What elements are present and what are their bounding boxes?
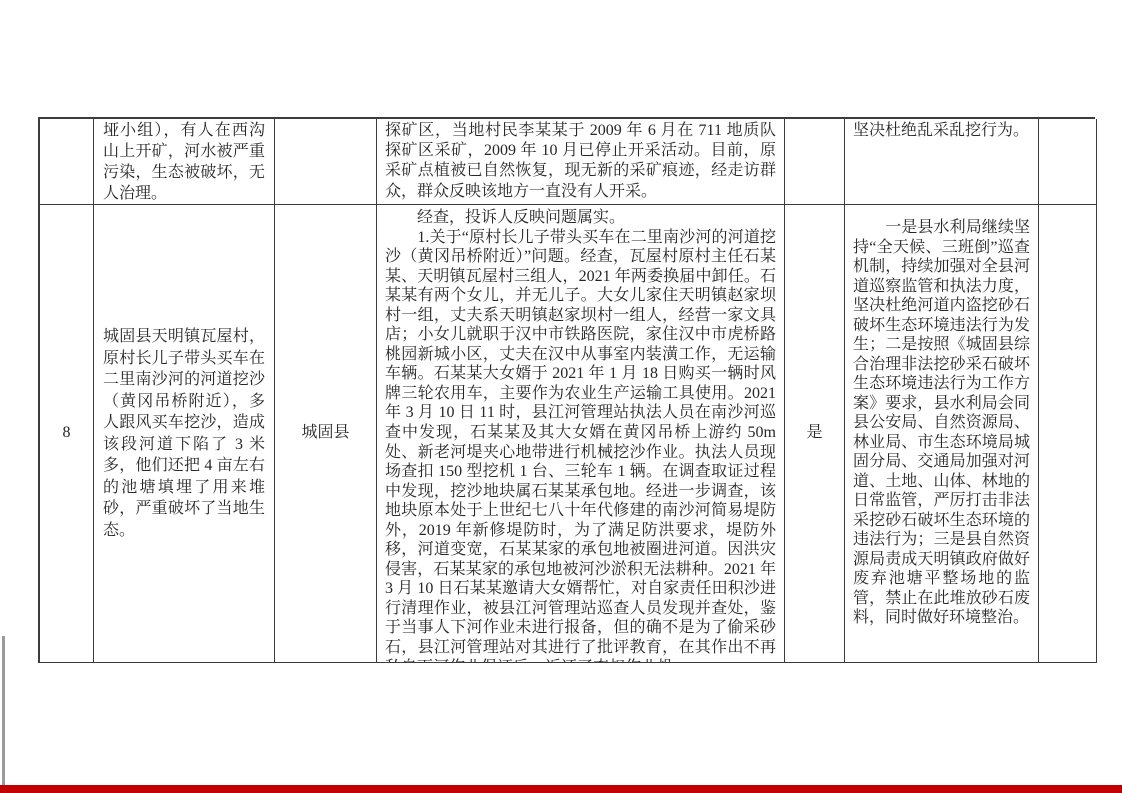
cell-no-row1 <box>40 119 94 205</box>
cell-complaint-row2: 城固县天明镇瓦屋村，原村长儿子带头买车在二里南沙河的河道挖沙（黄冈吊桥附近），多… <box>94 205 275 663</box>
cell-no-row2: 8 <box>40 205 94 663</box>
cell-complaint-row1: 垭小组），有人在西沟山上开矿，河水被严重污染，生态被破坏，无人治理。 <box>94 119 275 205</box>
cell-remark-row2 <box>1039 205 1097 663</box>
complaint-text: 城固县天明镇瓦屋村，原村长儿子带头买车在二里南沙河的河道挖沙（黄冈吊桥附近），多… <box>94 326 274 541</box>
cell-verified-row1 <box>785 119 845 205</box>
cell-verified-row2: 是 <box>785 205 845 663</box>
page-edge-scan-line <box>2 636 5 793</box>
cell-remark-row1 <box>1039 119 1097 205</box>
cell-measures-row2: 一是县水利局继续坚持“全天候、三班倒”巡查机制，持续加强对全县河道巡察监管和执法… <box>845 205 1039 663</box>
footer-red-bar <box>0 785 1122 793</box>
cell-county-row1 <box>275 119 377 205</box>
cell-measures-row1: 坚决杜绝乱采乱挖行为。 <box>845 119 1039 205</box>
cell-county-row2: 城固县 <box>275 205 377 663</box>
cell-investigation-row1: 探矿区，当地村民李某某于 2009 年 6 月在 711 地质队探矿区采矿，20… <box>377 119 785 205</box>
complaints-table: 垭小组），有人在西沟山上开矿，河水被严重污染，生态被破坏，无人治理。 探矿区，当… <box>38 117 1095 663</box>
cell-investigation-row2: 经查，投诉人反映问题属实。 1.关于“原村长儿子带头买车在二里南沙河的河道挖沙（… <box>377 205 785 663</box>
